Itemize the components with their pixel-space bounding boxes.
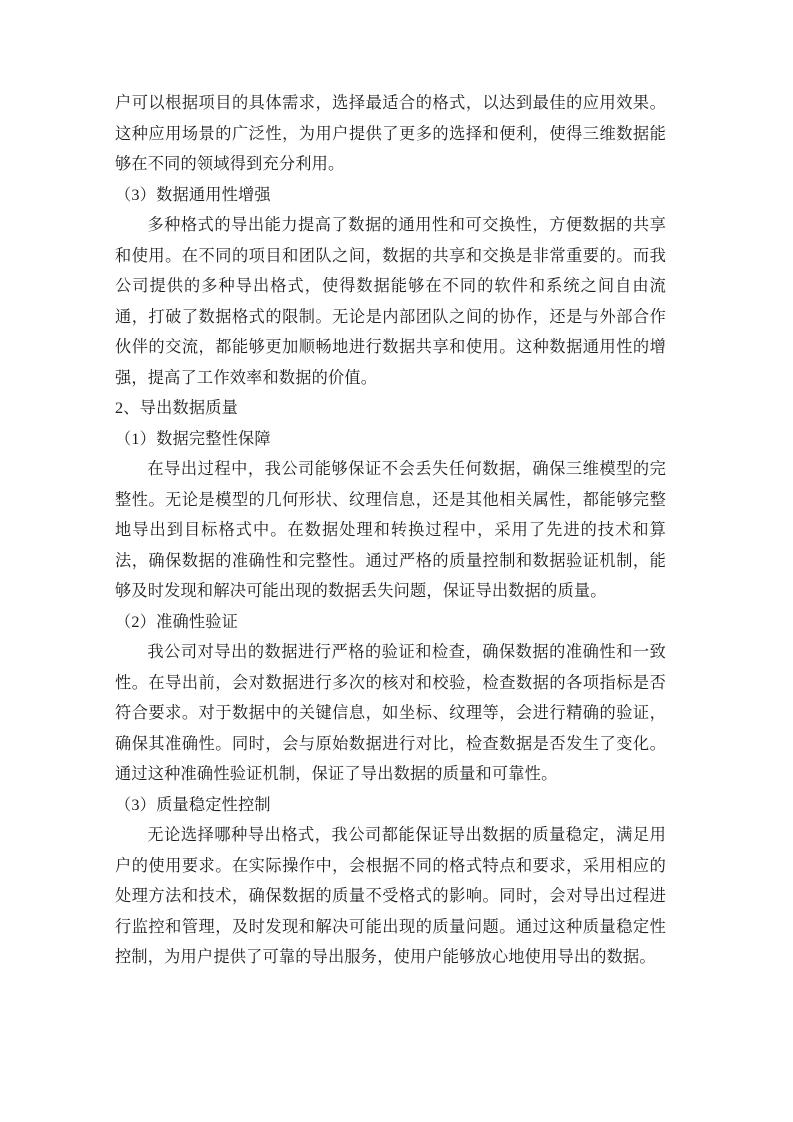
heading-data-universality: （3）数据通用性增强 [115,180,666,211]
document-page: 户可以根据项目的具体需求，选择最适合的格式，以达到最佳的应用效果。这种应用场景的… [0,0,793,1122]
paragraph-data-integrity-guarantee: 在导出过程中，我公司能够保证不会丢失任何数据，确保三维模型的完整性。无论是模型的… [115,454,666,607]
heading-quality-stability-control: （3）质量稳定性控制 [115,790,666,821]
paragraph-quality-stability-control: 无论选择哪种导出格式，我公司都能保证导出数据的质量稳定，满足用户的使用要求。在实… [115,820,666,973]
paragraph-accuracy-verification: 我公司对导出的数据进行严格的验证和检查，确保数据的准确性和一致性。在导出前，会对… [115,637,666,790]
paragraph-data-universality: 多种格式的导出能力提高了数据的通用性和可交换性，方便数据的共享和使用。在不同的项… [115,210,666,393]
heading-accuracy-verification: （2）准确性验证 [115,607,666,638]
paragraph-application-scenarios-continuation: 户可以根据项目的具体需求，选择最适合的格式，以达到最佳的应用效果。这种应用场景的… [115,88,666,180]
heading-data-integrity-guarantee: （1）数据完整性保障 [115,424,666,455]
heading-export-data-quality: 2、导出数据质量 [115,393,666,424]
